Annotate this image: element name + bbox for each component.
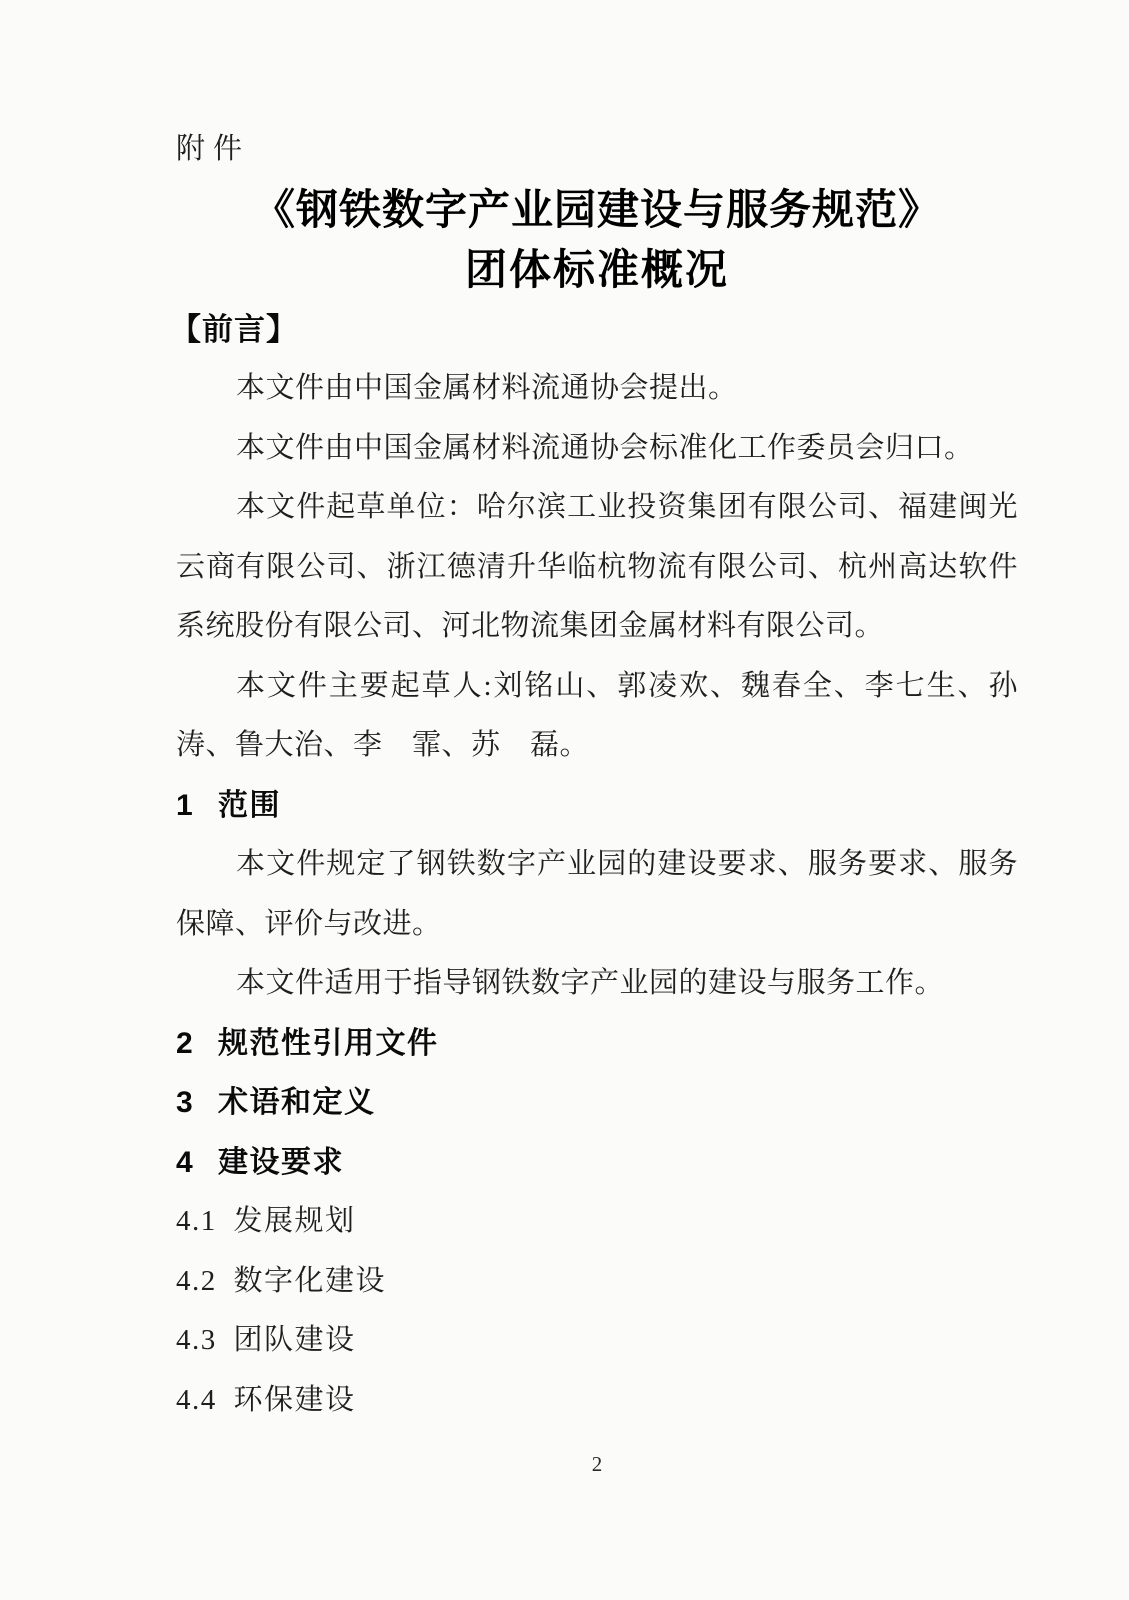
document-title: 《钢铁数字产业园建设与服务规范》 团体标准概况 [176, 180, 1018, 300]
subsection-development-planning: 4.1 发展规划 [176, 1192, 1018, 1252]
scope-paragraph-applies: 本文件适用于指导钢铁数字产业园的建设与服务工作。 [176, 954, 1018, 1014]
foreword-paragraph-proposed-by: 本文件由中国金属材料流通协会提出。 [176, 359, 1018, 419]
foreword-paragraph-drafters: 本文件主要起草人:刘铭山、郭凌欢、魏春全、李七生、孙 涛、鲁大治、李 霏、苏 磊… [176, 657, 1018, 776]
section-heading-scope: 1 范围 [176, 776, 1018, 836]
section-heading-construction-requirements: 4 建设要求 [176, 1133, 1018, 1193]
text-column: 附件 《钢铁数字产业园建设与服务规范》 团体标准概况 【前言】 本文件由中国金属… [176, 0, 1018, 1430]
document-title-line1: 《钢铁数字产业园建设与服务规范》 [176, 180, 1018, 240]
foreword-heading: 【前言】 [170, 300, 1018, 360]
section-heading-normative-references: 2 规范性引用文件 [176, 1014, 1018, 1074]
document-title-line2: 团体标准概况 [176, 240, 1018, 300]
attachment-label: 附件 [176, 120, 1018, 180]
section-heading-terms-definitions: 3 术语和定义 [176, 1073, 1018, 1133]
subsection-environmental-construction: 4.4 环保建设 [176, 1371, 1018, 1431]
scope-paragraph-specifies: 本文件规定了钢铁数字产业园的建设要求、服务要求、服务保障、评价与改进。 [176, 835, 1018, 954]
scanned-document-page: 附件 《钢铁数字产业园建设与服务规范》 团体标准概况 【前言】 本文件由中国金属… [0, 0, 1129, 1600]
foreword-paragraph-drafting-organizations: 本文件起草单位：哈尔滨工业投资集团有限公司、福建闽光云商有限公司、浙江德清升华临… [176, 478, 1018, 657]
page-number: 2 [176, 1452, 1018, 1477]
foreword-paragraph-centralized-by: 本文件由中国金属材料流通协会标准化工作委员会归口。 [176, 419, 1018, 479]
subsection-team-construction: 4.3 团队建设 [176, 1311, 1018, 1371]
subsection-digital-construction: 4.2 数字化建设 [176, 1252, 1018, 1312]
